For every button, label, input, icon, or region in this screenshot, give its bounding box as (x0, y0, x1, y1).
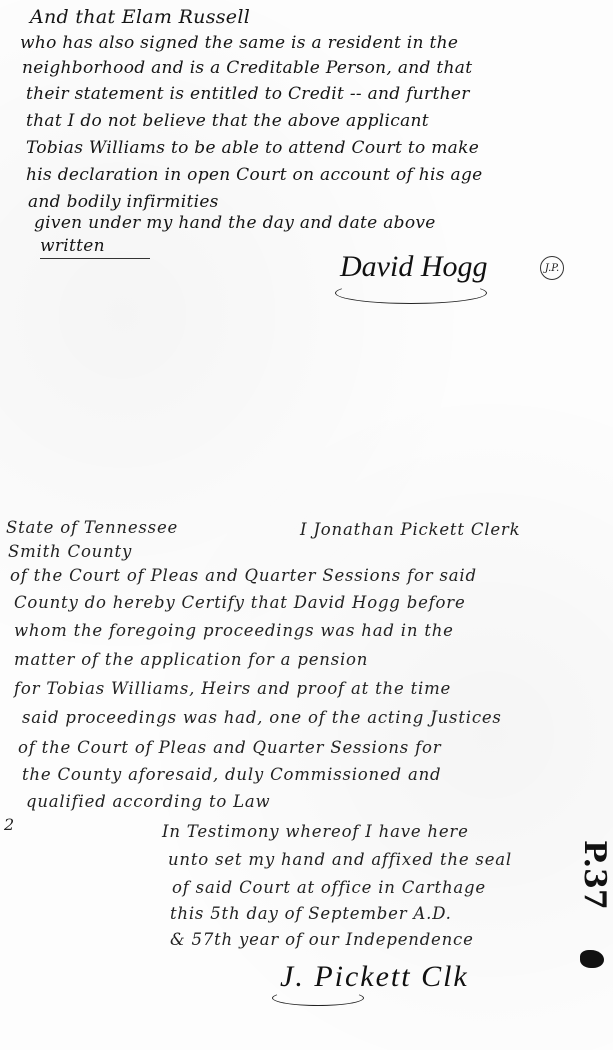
testimony-line: & 57th year of our Independence (170, 930, 474, 949)
signature-david-hogg: David Hogg (340, 250, 487, 284)
testimony-line: In Testimony whereof I have here (162, 822, 469, 841)
document-page: And that Elam Russell who has also signe… (0, 0, 613, 1050)
seal-mark: J.P. (540, 256, 564, 280)
affidavit-line: neighborhood and is a Creditable Person,… (22, 58, 472, 78)
margin-mark: 2 (4, 815, 14, 834)
testimony-line: of said Court at office in Carthage (172, 878, 486, 897)
affidavit-line: and bodily infirmities (28, 192, 219, 212)
certificate-line: whom the foregoing proceedings was had i… (14, 621, 454, 640)
certificate-line: County do hereby Certify that David Hogg… (14, 593, 466, 612)
state-heading: State of Tennessee (6, 518, 178, 537)
certificate-line: of the Court of Pleas and Quarter Sessio… (10, 566, 477, 585)
signature-j-pickett: J. Pickett Clk (280, 960, 469, 994)
certificate-line: I Jonathan Pickett Clerk (300, 520, 520, 539)
underline-flourish (40, 258, 150, 259)
ink-blot (580, 950, 604, 968)
affidavit-line: given under my hand the day and date abo… (34, 213, 436, 233)
certificate-line: for Tobias Williams, Heirs and proof at … (14, 679, 451, 698)
county-heading: Smith County (8, 542, 132, 561)
affidavit-line: that I do not believe that the above app… (26, 111, 429, 131)
certificate-line: matter of the application for a pension (14, 650, 368, 669)
affidavit-line: Tobias Williams to be able to attend Cou… (26, 138, 479, 158)
affidavit-line: written (40, 236, 105, 256)
page-number: P.37 (577, 840, 612, 910)
testimony-line: unto set my hand and affixed the seal (168, 850, 512, 869)
affidavit-line: And that Elam Russell (30, 6, 250, 28)
signature-flourish (272, 990, 364, 1006)
affidavit-line: who has also signed the same is a reside… (20, 33, 458, 53)
affidavit-line: their statement is entitled to Credit --… (26, 84, 470, 104)
certificate-line: the County aforesaid, duly Commissioned … (22, 765, 441, 784)
certificate-line: of the Court of Pleas and Quarter Sessio… (18, 738, 441, 757)
testimony-line: this 5th day of September A.D. (170, 904, 452, 923)
certificate-line: qualified according to Law (26, 792, 270, 811)
affidavit-line: his declaration in open Court on account… (26, 165, 483, 185)
signature-flourish (335, 282, 487, 304)
certificate-line: said proceedings was had, one of the act… (22, 708, 502, 727)
